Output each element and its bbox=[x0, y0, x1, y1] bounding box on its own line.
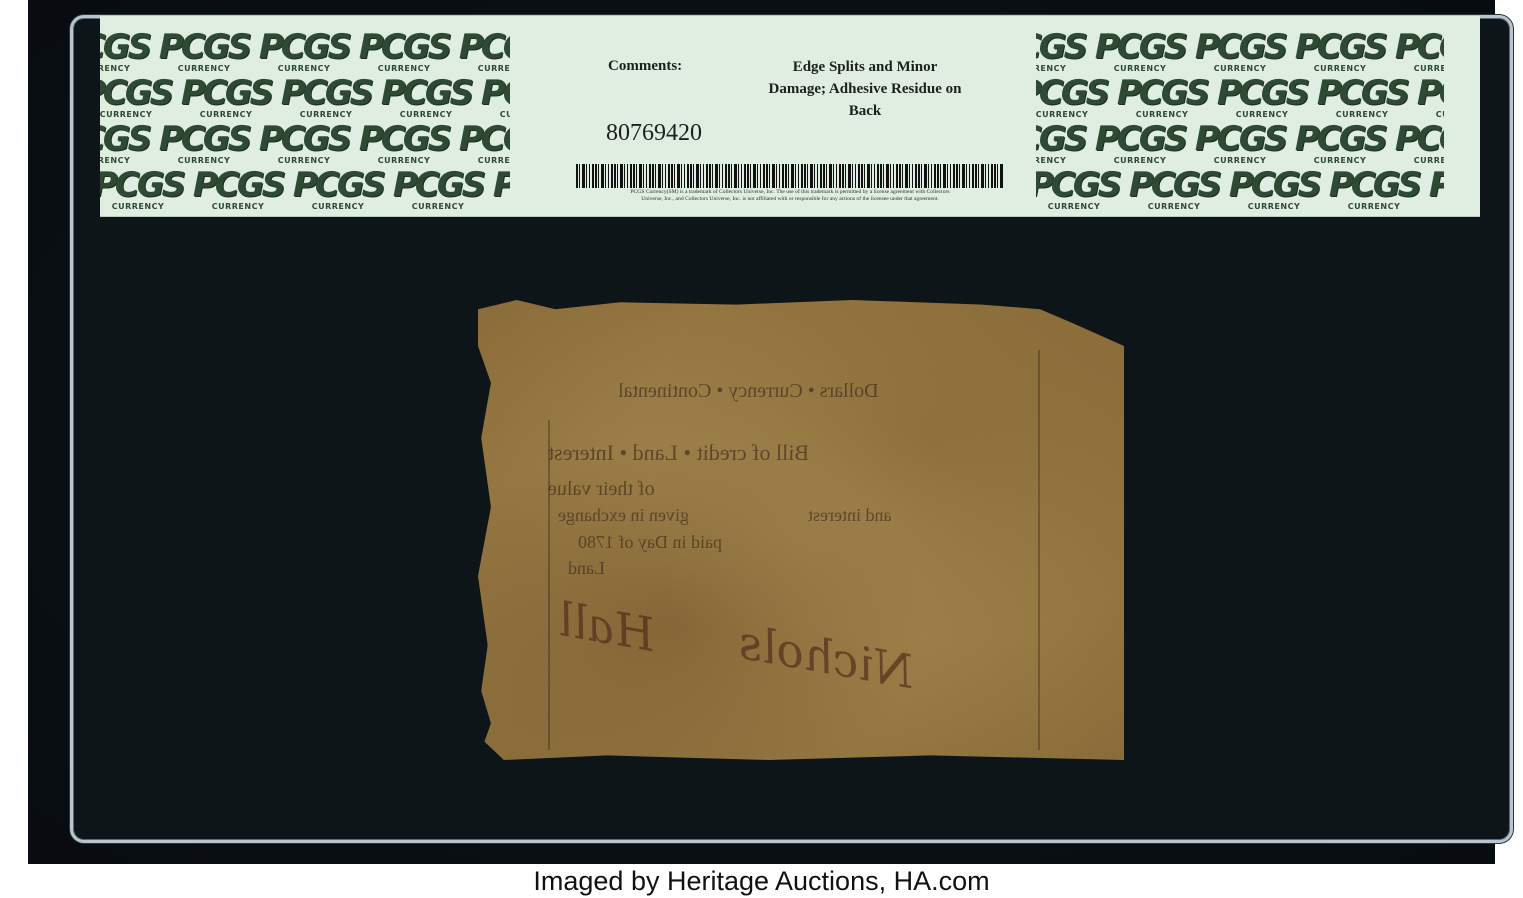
pcgs-logo: PCGSCURRENCY bbox=[1318, 76, 1406, 119]
pcgs-logo: PCGSCURRENCY bbox=[1036, 30, 1084, 73]
pcgs-logo: PCGSCURRENCY bbox=[100, 76, 170, 119]
pcgs-logo: PCGSCURRENCY bbox=[100, 168, 182, 211]
note-border-left bbox=[548, 420, 550, 750]
pcgs-logo: PCGSCURRENCY bbox=[1218, 76, 1306, 119]
signature: Nichols bbox=[735, 615, 918, 699]
pcgs-logo: PCGSCURRENCY bbox=[260, 122, 348, 165]
pcgs-logo: PCGSCURRENCY bbox=[394, 168, 482, 211]
pcgs-logo: PCGSCURRENCY bbox=[1430, 168, 1444, 211]
pcgs-logo: PCGSCURRENCY bbox=[1396, 122, 1444, 165]
pcgs-logo: PCGSCURRENCY bbox=[482, 76, 510, 119]
barcode bbox=[576, 164, 1004, 188]
pcgs-label: PCGSCURRENCY PCGSCURRENCY PCGSCURRENCY P… bbox=[100, 16, 1480, 217]
image-credit-caption: Imaged by Heritage Auctions, HA.com bbox=[0, 864, 1523, 898]
pcgs-logo: PCGSCURRENCY bbox=[360, 122, 448, 165]
pcgs-logo: PCGSCURRENCY bbox=[100, 122, 148, 165]
note-border-right bbox=[1038, 350, 1040, 750]
signature: Hall bbox=[554, 592, 659, 662]
pcgs-logo: PCGSCURRENCY bbox=[360, 30, 448, 73]
note-text-line: Dollars • Currency • Continental bbox=[618, 380, 879, 403]
pcgs-logo: PCGSCURRENCY bbox=[460, 122, 510, 165]
pcgs-logo: PCGSCURRENCY bbox=[382, 76, 470, 119]
pcgs-logo: PCGSCURRENCY bbox=[1096, 30, 1184, 73]
pcgs-logo: PCGSCURRENCY bbox=[1196, 122, 1284, 165]
pcgs-logo: PCGSCURRENCY bbox=[460, 30, 510, 73]
comments-label: Comments: bbox=[608, 58, 682, 75]
pcgs-logo: PCGSCURRENCY bbox=[1296, 30, 1384, 73]
pcgs-logo: PCGSCURRENCY bbox=[1418, 76, 1444, 119]
pcgs-logo: PCGSCURRENCY bbox=[260, 30, 348, 73]
pcgs-logo: PCGSCURRENCY bbox=[294, 168, 382, 211]
pcgs-logo: PCGSCURRENCY bbox=[160, 30, 248, 73]
pcgs-logo: PCGSCURRENCY bbox=[1118, 76, 1206, 119]
pcgs-logo: PCGSCURRENCY bbox=[100, 30, 148, 73]
pcgs-logo: PCGSCURRENCY bbox=[1036, 76, 1106, 119]
pcgs-logo: PCGSCURRENCY bbox=[494, 168, 510, 211]
pcgs-logo: PCGSCURRENCY bbox=[182, 76, 270, 119]
pcgs-logo: PCGSCURRENCY bbox=[1130, 168, 1218, 211]
pcgs-logo: PCGSCURRENCY bbox=[1230, 168, 1318, 211]
pcgs-logo: PCGSCURRENCY bbox=[194, 168, 282, 211]
banknote-back: Dollars • Currency • Continental Bill of… bbox=[478, 300, 1124, 760]
cert-number: 80769420 bbox=[606, 120, 702, 147]
pcgs-logo: PCGSCURRENCY bbox=[1196, 30, 1284, 73]
pcgs-logo: PCGSCURRENCY bbox=[160, 122, 248, 165]
label-center: Comments: Edge Splits and Minor Damage; … bbox=[570, 16, 1010, 216]
pcgs-logo: PCGSCURRENCY bbox=[1036, 168, 1118, 211]
pcgs-logo: PCGSCURRENCY bbox=[1330, 168, 1418, 211]
logo-pattern-right: PCGSCURRENCY PCGSCURRENCY PCGSCURRENCY P… bbox=[1036, 16, 1444, 216]
comments-text: Edge Splits and Minor Damage; Adhesive R… bbox=[755, 56, 975, 122]
pcgs-logo: PCGSCURRENCY bbox=[1036, 122, 1084, 165]
logo-pattern-left: PCGSCURRENCY PCGSCURRENCY PCGSCURRENCY P… bbox=[100, 16, 510, 216]
pcgs-logo: PCGSCURRENCY bbox=[1296, 122, 1384, 165]
pcgs-logo: PCGSCURRENCY bbox=[1396, 30, 1444, 73]
note-text-line: paid in Day of 1780 bbox=[578, 532, 722, 553]
note-text-line: Bill of credit • Land • Interest bbox=[548, 440, 809, 466]
pcgs-logo: PCGSCURRENCY bbox=[282, 76, 370, 119]
pcgs-logo: PCGSCURRENCY bbox=[1096, 122, 1184, 165]
legal-text: PCGS Currency(SM) is a trademark of Coll… bbox=[574, 189, 1006, 203]
